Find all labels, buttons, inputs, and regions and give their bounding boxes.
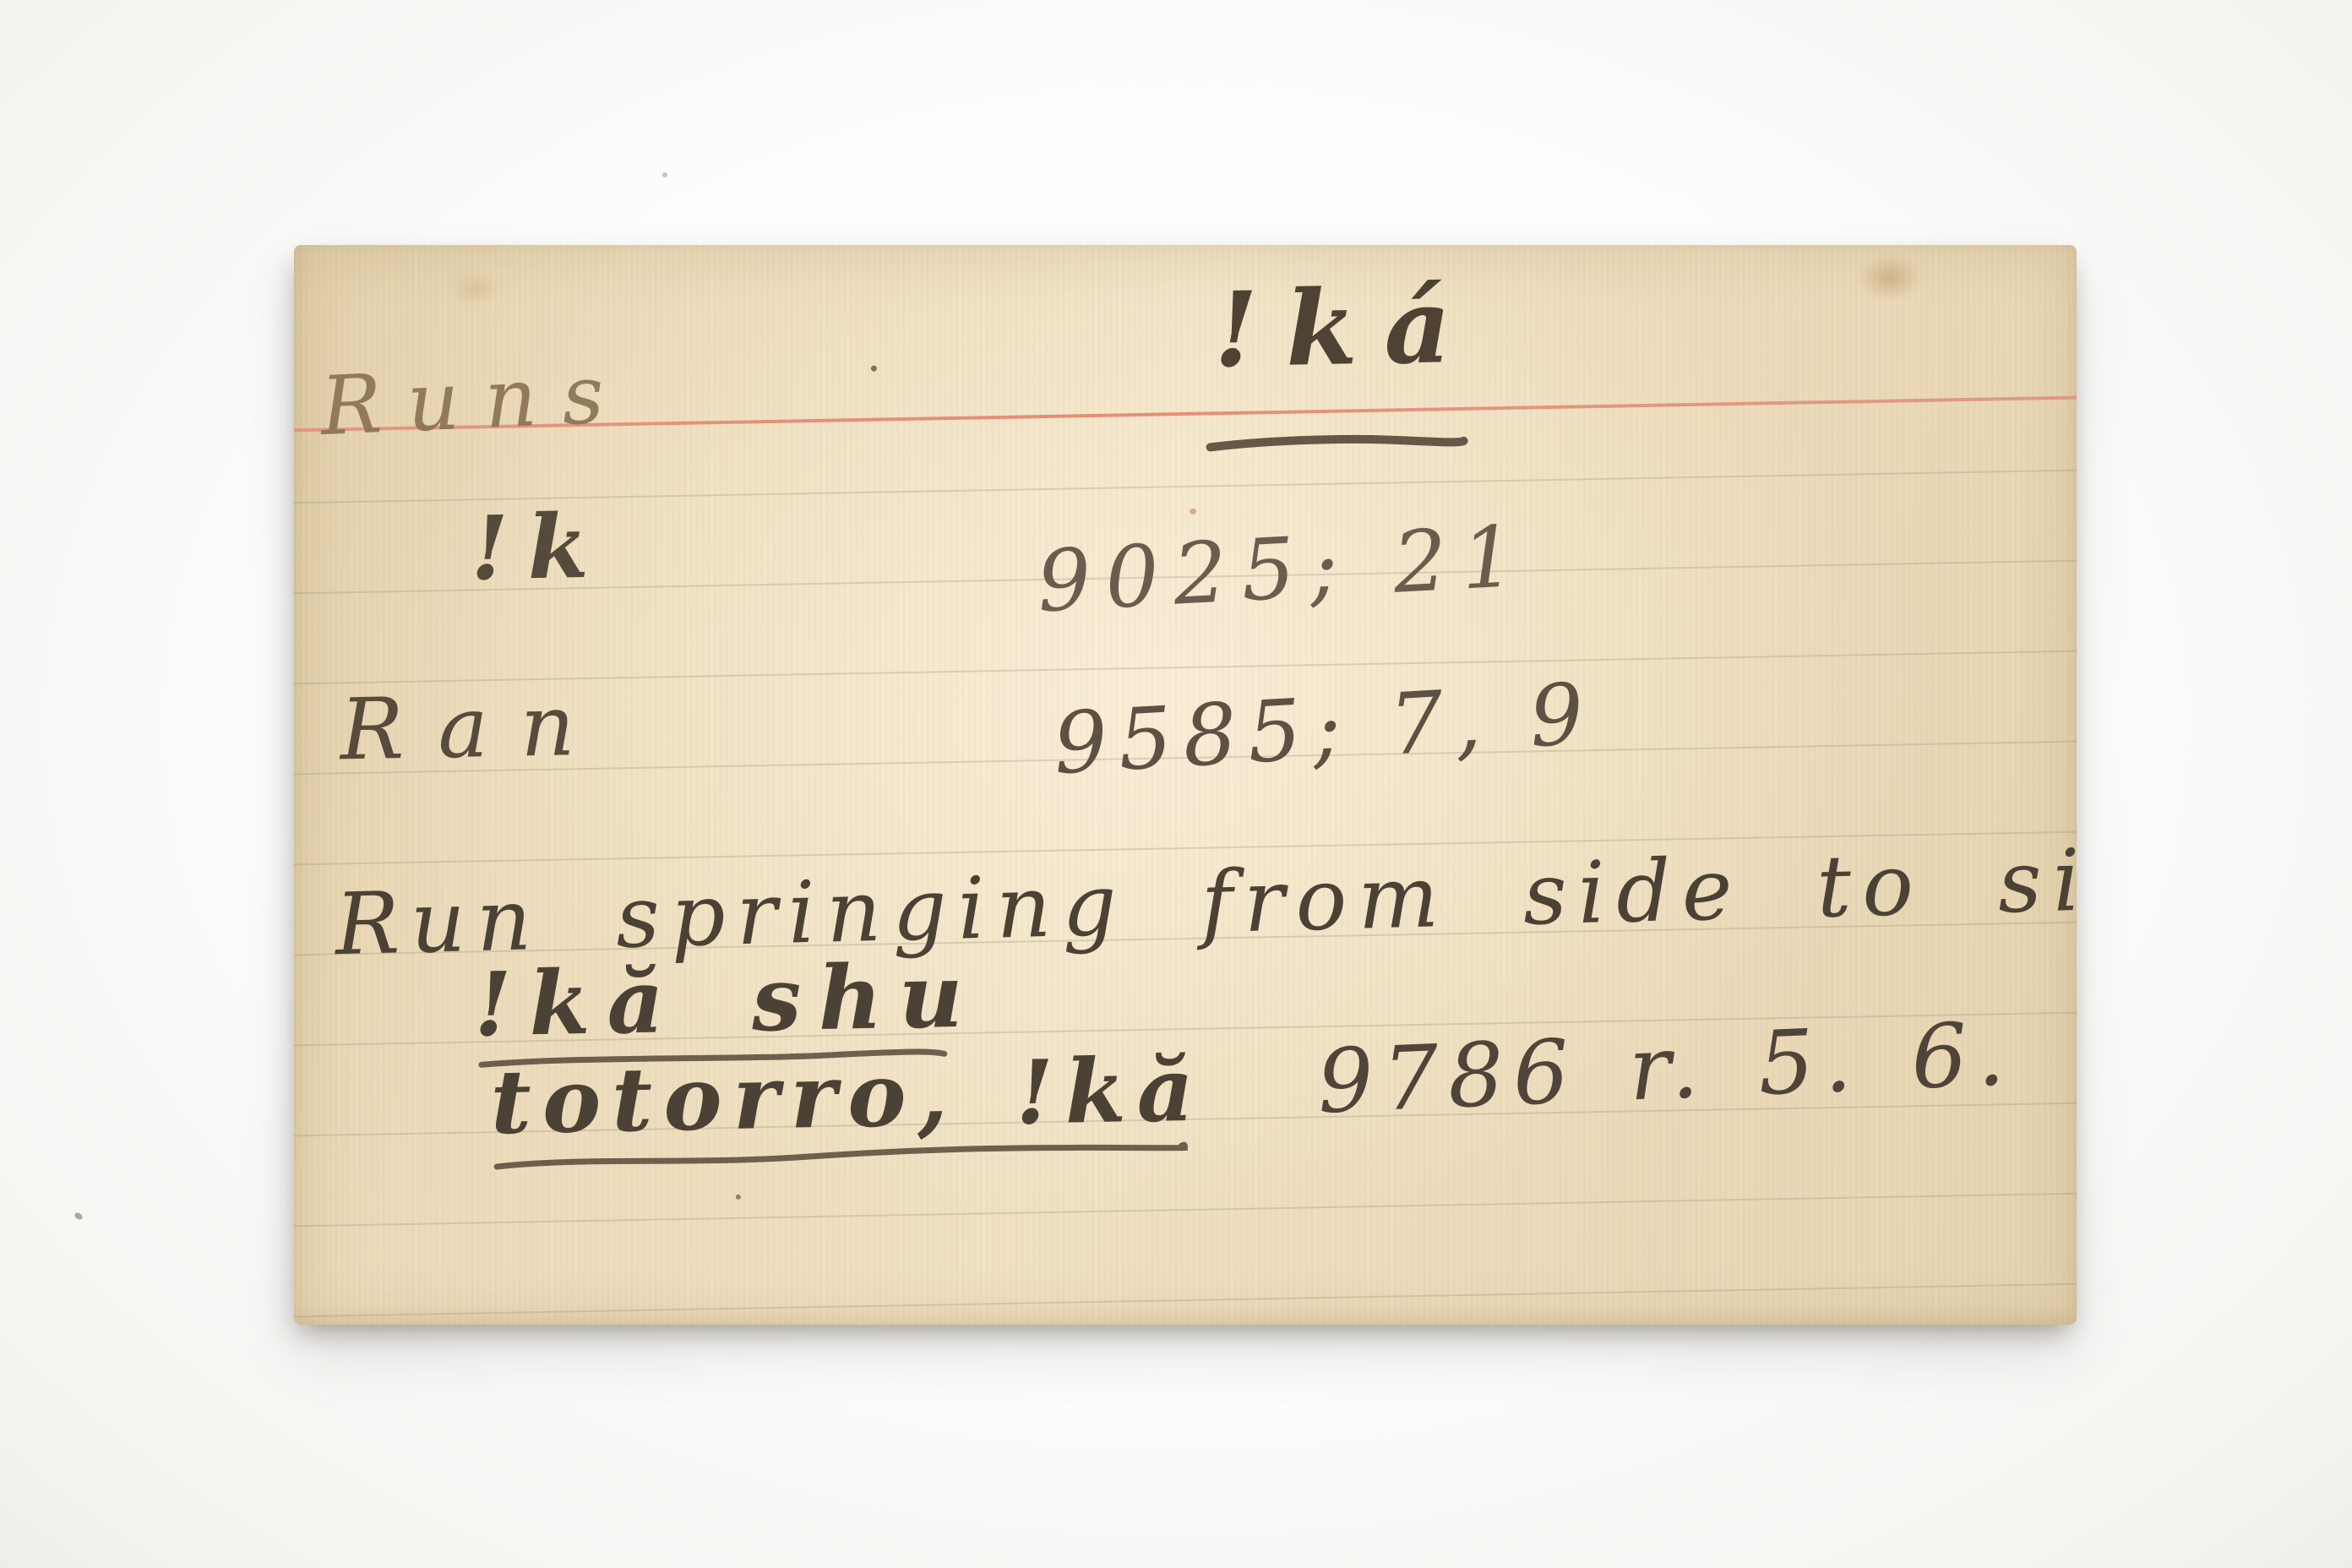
card-headword: !ká xyxy=(1212,274,1478,382)
phrase-refs: 9786 r. 5. 6. xyxy=(1315,1010,2015,1126)
paper-speck xyxy=(1190,509,1196,514)
phrase-line: totorro, !kă xyxy=(490,1046,1206,1146)
ruled-line xyxy=(294,1192,2077,1228)
ink-speck xyxy=(736,1195,741,1200)
card-content-layer: Runs !ká !k 9025; 21 Ran 9585; 7, 9 Run … xyxy=(294,245,2077,1325)
entry-refs: 9585; 7, 9 xyxy=(1051,672,1596,787)
paper-stain xyxy=(1858,253,1923,302)
card-top-left-word: Runs xyxy=(319,353,631,448)
headword-underline xyxy=(1205,431,1468,456)
gloss-sentence: Run springing from side to side xyxy=(335,835,2077,967)
entry-term: Ran xyxy=(340,683,607,773)
ruled-lines xyxy=(294,245,2066,261)
entry-refs: 9025; 21 xyxy=(1035,514,1532,624)
ruled-line xyxy=(294,1282,2077,1318)
photo-backdrop: Runs !ká !k 9025; 21 Ran 9585; 7, 9 Run … xyxy=(0,0,2352,1568)
backdrop-speck xyxy=(662,172,667,177)
paper-stain xyxy=(450,271,502,308)
entry-term: !k xyxy=(470,503,608,593)
index-card: Runs !ká !k 9025; 21 Ran 9585; 7, 9 Run … xyxy=(294,245,2077,1325)
backdrop-speck xyxy=(73,1211,84,1221)
phrase-line: !kă shu xyxy=(473,952,981,1049)
ink-speck xyxy=(871,366,877,372)
